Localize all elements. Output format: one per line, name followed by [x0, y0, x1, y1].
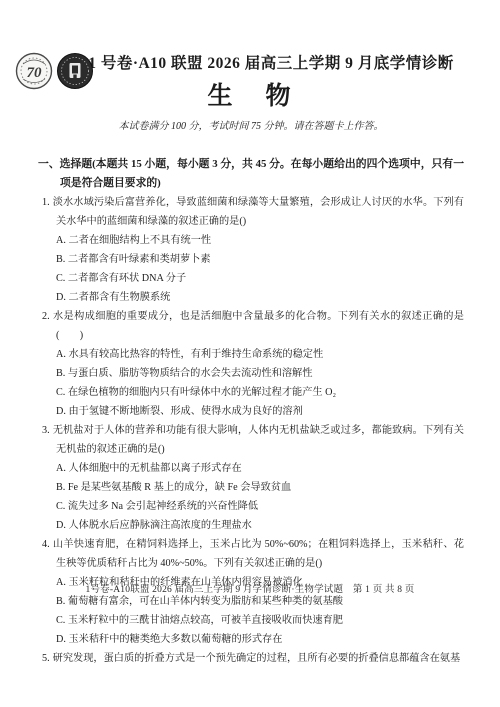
option-d: D. 二者都含有生物膜系统 — [42, 288, 464, 307]
question-2: 2.水是构成细胞的重要成分，也是活细胞中含量最多的化合物。下列有关水的叙述正确的… — [42, 307, 464, 421]
svg-text:70: 70 — [27, 65, 43, 81]
exam-paper-page: 70 1 号卷·A10 联盟 2026 届高三上学期 9 月底学情诊断 生 物 … — [0, 0, 500, 707]
option-c: C. 玉米籽粒中的三酰甘油熔点较高，可被羊直接吸收而快速育肥 — [42, 611, 464, 630]
question-stem: 1.淡水水域污染后富营养化，导致蓝细菌和绿藻等大量繁殖，会形成让人讨厌的水华。下… — [42, 193, 464, 231]
option-b: B. 二者都含有叶绿素和类胡萝卜素 — [42, 250, 464, 269]
question-stem-text: 山羊快速育肥，在精饲料选择上，玉米占比为 50%~60%；在粗饲料选择上，玉米秸… — [53, 539, 464, 569]
school-emblem-seal-icon — [56, 52, 94, 90]
section-heading-choice: 一、选择题(本题共 15 小题，每小题 3 分，共 45 分。在每小题给出的四个… — [38, 155, 464, 193]
question-5: 5.研究发现，蛋白质的折叠方式是一个预先确定的过程，且所有必要的折叠信息都蕴含在… — [42, 649, 464, 668]
option-a: A. 人体细胞中的无机盐都以离子形式存在 — [42, 459, 464, 478]
question-number: 3. — [42, 425, 50, 436]
question-3: 3.无机盐对于人体的营养和功能有很大影响，人体内无机盐缺乏或过多，都能致病。下列… — [42, 421, 464, 535]
question-list: 1.淡水水域污染后富营养化，导致蓝细菌和绿藻等大量繁殖，会形成让人讨厌的水华。下… — [38, 193, 464, 668]
option-d: D. 玉米秸秆中的糖类绝大多数以葡萄糖的形式存在 — [42, 630, 464, 649]
exam-instructions: 本试卷满分 100 分，考试时间 75 分钟。请在答题卡上作答。 — [38, 120, 464, 134]
question-stem: 3.无机盐对于人体的营养和功能有很大影响，人体内无机盐缺乏或过多，都能致病。下列… — [42, 421, 464, 459]
question-number: 2. — [42, 311, 50, 322]
question-number: 1. — [42, 197, 50, 208]
question-stem-text: 研究发现，蛋白质的折叠方式是一个预先确定的过程，且所有必要的折叠信息都蕴含在氨基 — [53, 653, 461, 664]
option-b: B. Fe 是某些氨基酸 R 基上的成分，缺 Fe 会导致贫血 — [42, 478, 464, 497]
exam-title: 1 号卷·A10 联盟 2026 届高三上学期 9 月底学情诊断 — [38, 54, 464, 74]
option-d: D. 由于氢键不断地断裂、形成、使得水成为良好的溶剂 — [42, 402, 464, 421]
question-stem-text: 淡水水域污染后富营养化，导致蓝细菌和绿藻等大量繁殖，会形成让人讨厌的水华。下列有… — [53, 197, 464, 227]
option-c: C. 流失过多 Na 会引起神经系统的兴奋性降低 — [42, 497, 464, 516]
question-number: 5. — [42, 653, 50, 664]
option-a: A. 二者在细胞结构上不具有统一性 — [42, 231, 464, 250]
subject-title: 生 物 — [38, 83, 464, 111]
option-d: D. 人体脱水后应静脉滴注高浓度的生理盐水 — [42, 516, 464, 535]
question-stem: 4.山羊快速育肥，在精饲料选择上，玉米占比为 50%~60%；在粗饲料选择上，玉… — [42, 535, 464, 573]
anniversary-70-seal-icon: 70 — [15, 52, 53, 90]
option-a: A. 水具有较高比热容的特性，有利于维持生命系统的稳定性 — [42, 345, 464, 364]
header-logos: 70 — [15, 52, 94, 90]
question-stem: 5.研究发现，蛋白质的折叠方式是一个预先确定的过程，且所有必要的折叠信息都蕴含在… — [42, 649, 464, 668]
option-c: C. 二者都含有环状 DNA 分子 — [42, 269, 464, 288]
question-1: 1.淡水水域污染后富营养化，导致蓝细菌和绿藻等大量繁殖，会形成让人讨厌的水华。下… — [42, 193, 464, 307]
question-stem-text: 无机盐对于人体的营养和功能有很大影响，人体内无机盐缺乏或过多，都能致病。下列有关… — [53, 425, 464, 455]
option-b: B. 与蛋白质、脂肪等物质结合的水会失去流动性和溶解性 — [42, 364, 464, 383]
page-footer: 1号卷-A10联盟 2026 届高三上学期 9 月学情诊断·生物学试题 第 1 … — [0, 581, 500, 595]
option-c: C. 在绿色植物的细胞内只有叶绿体中水的光解过程才能产生 O₂ — [42, 383, 464, 402]
page-content: 1 号卷·A10 联盟 2026 届高三上学期 9 月底学情诊断 生 物 本试卷… — [0, 0, 500, 668]
question-stem-text: 水是构成细胞的重要成分，也是活细胞中含量最多的化合物。下列有关水的叙述正确的是(… — [53, 311, 464, 341]
question-number: 4. — [42, 539, 50, 550]
question-stem: 2.水是构成细胞的重要成分，也是活细胞中含量最多的化合物。下列有关水的叙述正确的… — [42, 307, 464, 345]
